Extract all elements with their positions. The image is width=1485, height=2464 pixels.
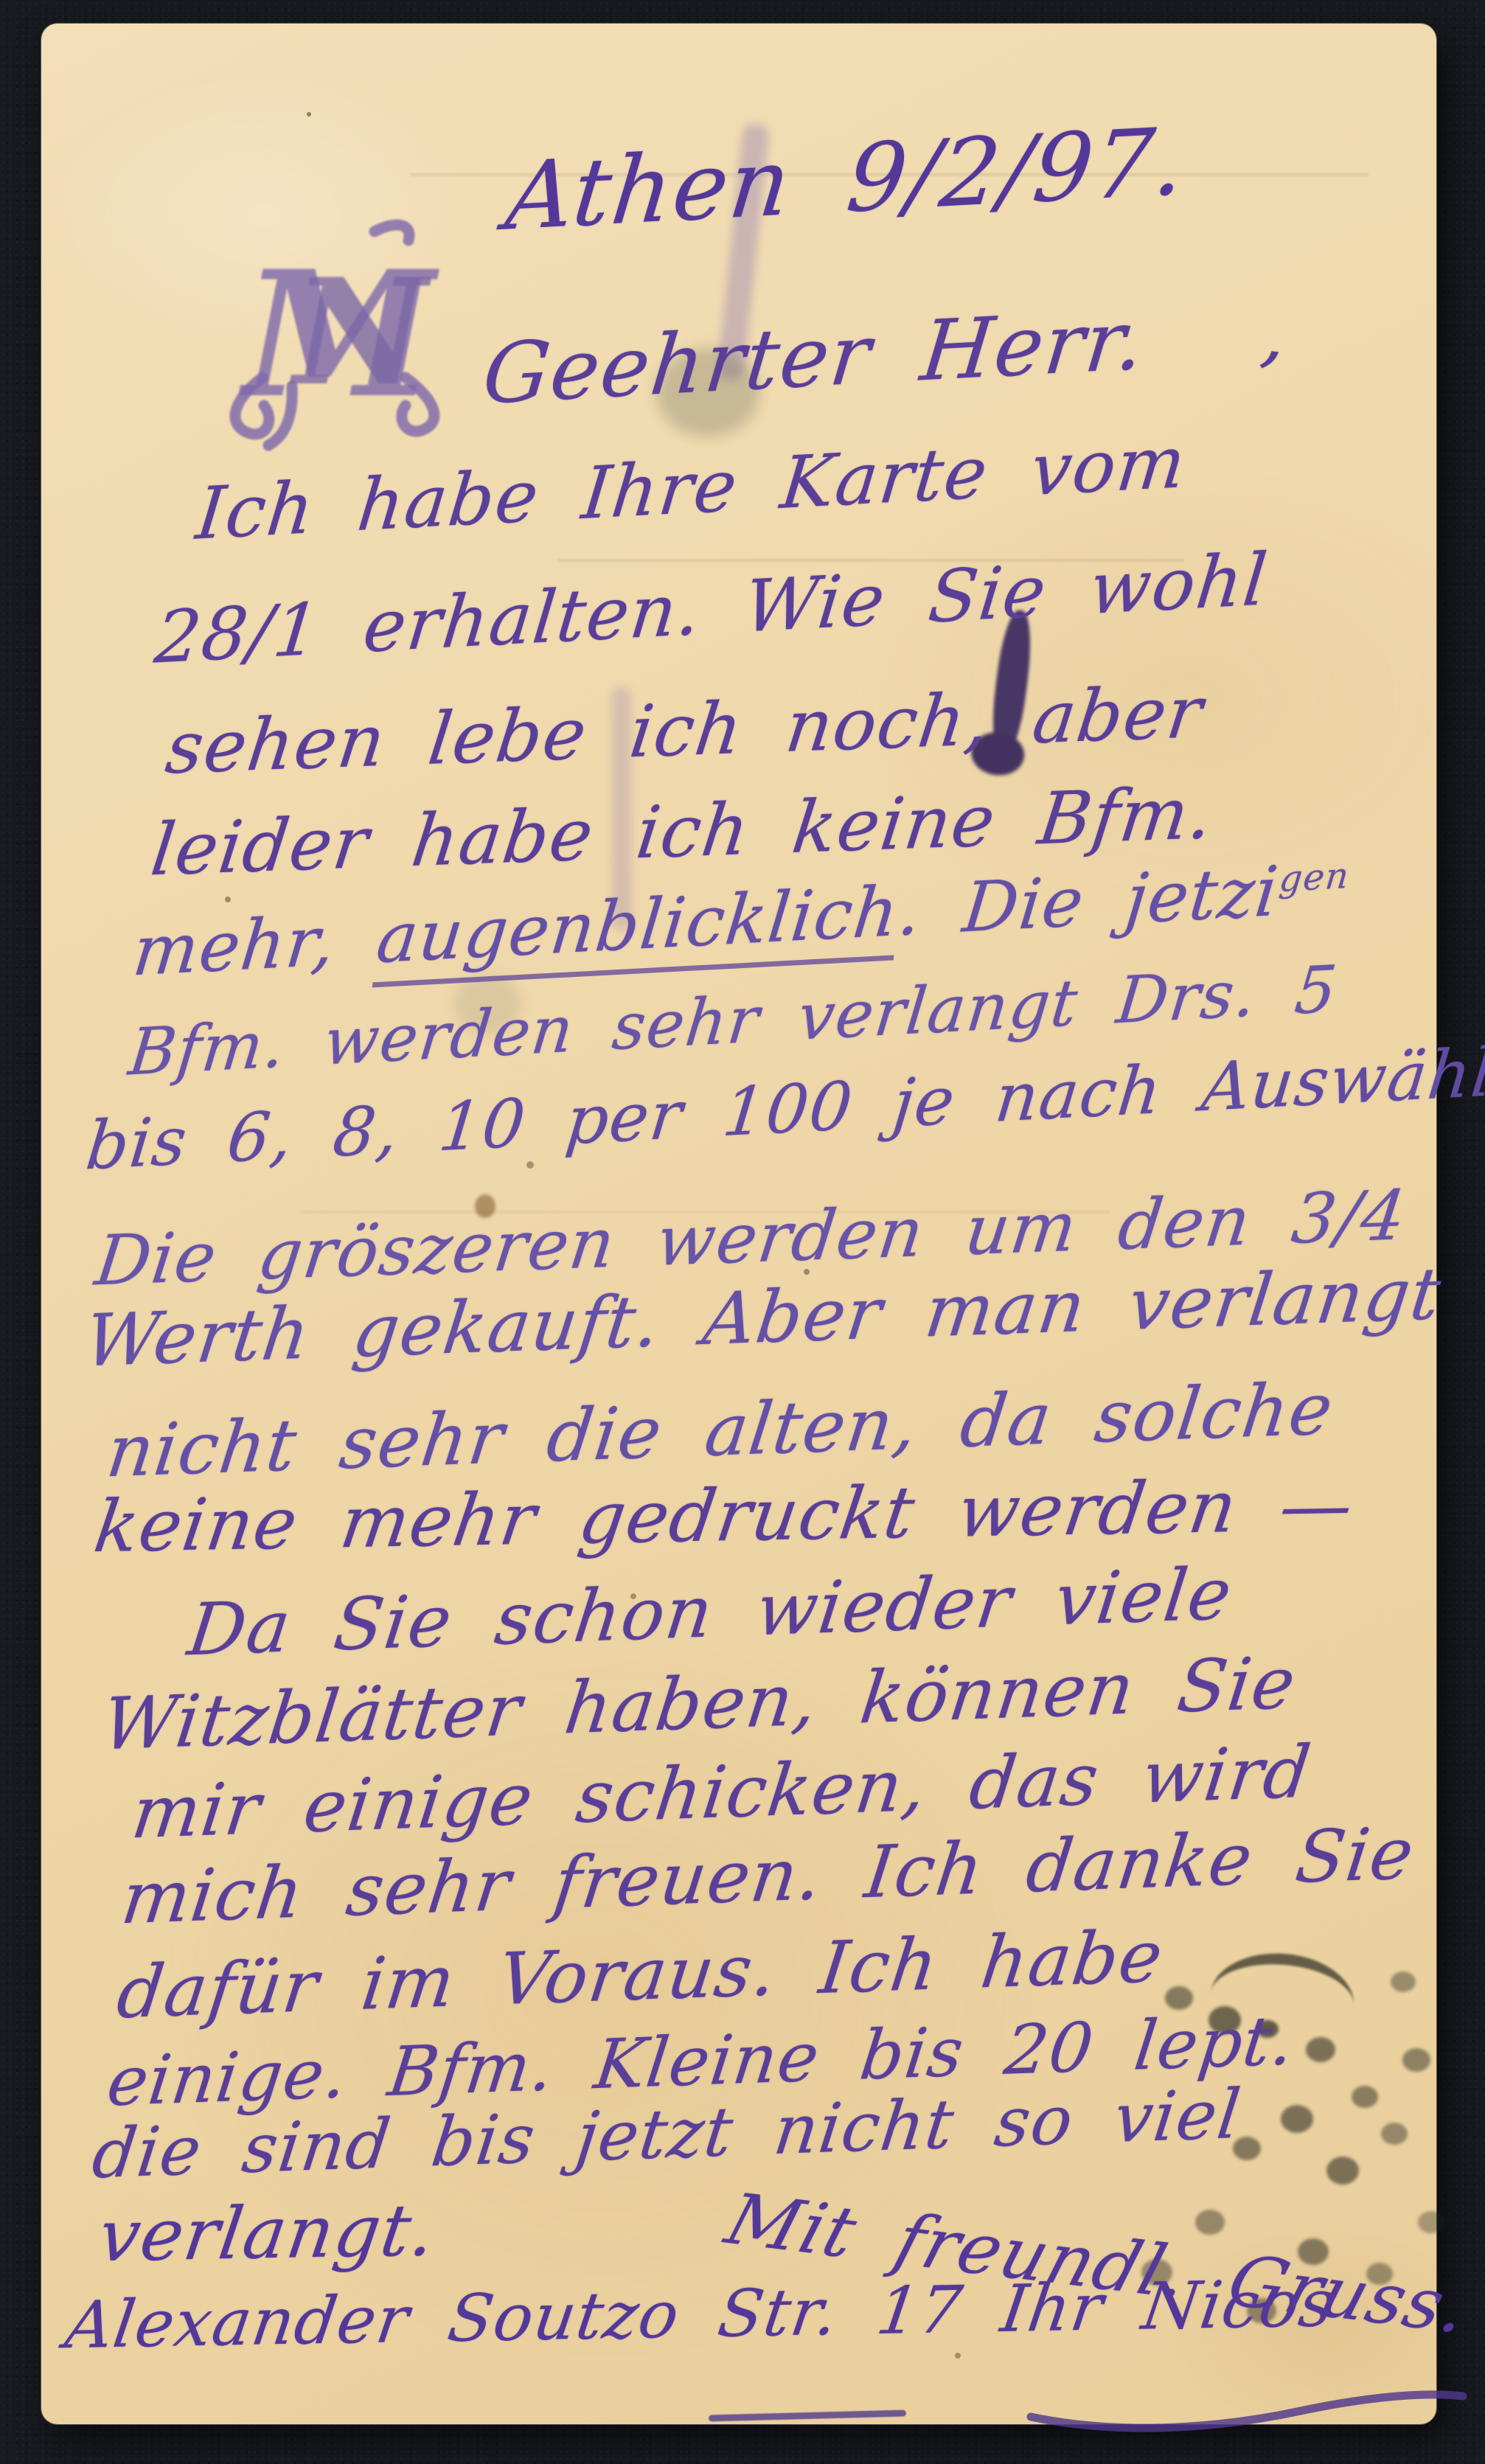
handwriting-line: 28/1 erhalten. Wie Sie wohl [152,543,1271,674]
postcard: M N Athen 9/2/97. Geehrter Herr. , Ich h… [41,24,1436,2424]
superscript-syllable: gen [1277,855,1352,900]
handwriting-line-signature: Alexander Soutzo Str. 17 Ihr Nicos [62,2271,1339,2358]
signature-name: Nicos [1138,2265,1340,2345]
signature-flourish-underline [1026,2383,1469,2436]
underline-mark [709,2409,906,2421]
signature-house-number: 17 [872,2272,967,2349]
monogram-letter-n: N [289,246,432,418]
underlined-word: augenblicklich [372,871,903,988]
handwriting-line: keine mehr gedruckt werden — [90,1469,1358,1562]
dust-specks [307,112,311,116]
handwriting-line-salutation: Geehrter Herr. [479,299,1149,417]
signature-pronoun: Ihr [997,2269,1109,2347]
line-segment: . Die jetzi [894,852,1282,952]
handwriting-line: verlangt. [94,2194,440,2272]
handwriting-line-place-date: Athen 9/2/97. [502,115,1191,244]
line-segment: mehr, [129,899,381,992]
screenshot-root: { "document": { "kind": "Handwritten pos… [0,0,1485,2464]
monogram-stamp-icon: M N [205,202,463,460]
handwriting-line: sehen lebe ich noch, aber [162,676,1207,784]
stray-comma-mark: , [1258,296,1293,373]
signature-address: Alexander Soutzo Str. [61,2274,844,2364]
postmark-smudge [1211,1948,1358,2007]
